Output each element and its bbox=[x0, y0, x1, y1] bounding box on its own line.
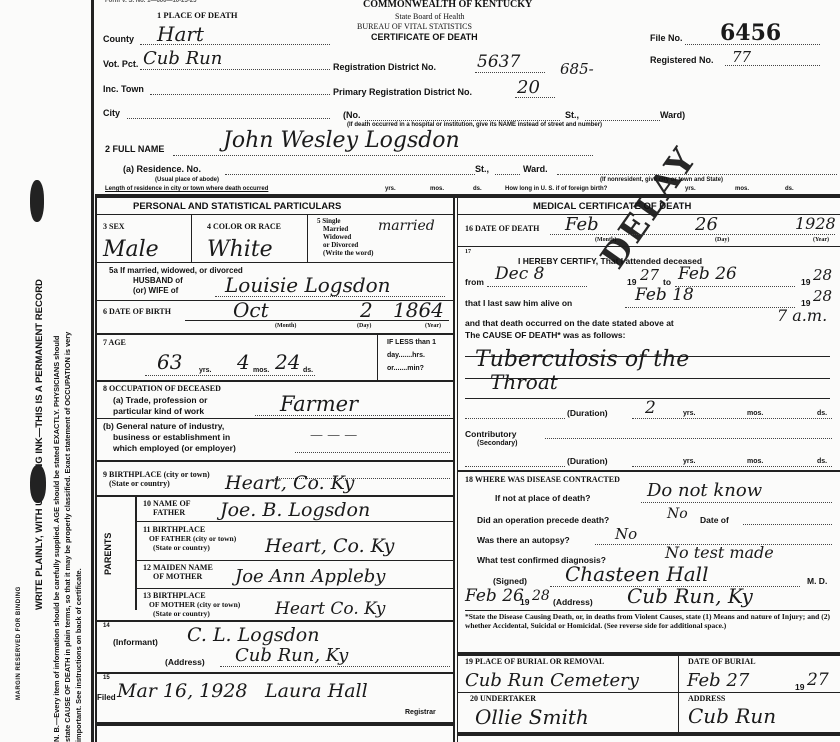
binding-margin: MARGIN RESERVED FOR BINDING WRITE PLAINL… bbox=[0, 0, 92, 742]
burial-date-value: Feb 27 bbox=[687, 670, 749, 691]
burial-date-label: DATE OF BURIAL bbox=[688, 657, 756, 666]
margin-reserved-note: MARGIN RESERVED FOR BINDING bbox=[16, 586, 22, 700]
inc-town-label: Inc. Town bbox=[103, 84, 144, 94]
filed-label: Filed bbox=[97, 693, 116, 702]
city-label: City bbox=[103, 108, 120, 118]
undertaker-address-value: Cub Run bbox=[688, 704, 776, 728]
burial-place-label: 19 PLACE OF BURIAL OR REMOVAL bbox=[465, 657, 604, 666]
file-no-label: File No. bbox=[650, 33, 683, 43]
date-of-death-label: 16 DATE OF DEATH bbox=[465, 224, 539, 233]
dob-label: 6 DATE OF BIRTH bbox=[103, 307, 171, 316]
certificate-title: CERTIFICATE OF DEATH bbox=[371, 32, 478, 42]
margin-instruction-3: state CAUSE OF DEATH in plain terms, so … bbox=[63, 332, 72, 742]
last-saw-year: 28 bbox=[813, 287, 832, 305]
mother-name-value: Joe Ann Appleby bbox=[235, 566, 385, 587]
undertaker-address-label: ADDRESS bbox=[688, 694, 725, 703]
last-saw-label: that I last saw him alive on bbox=[465, 298, 572, 308]
industry-value: — — — bbox=[310, 428, 357, 443]
dod-month: Feb bbox=[565, 214, 599, 235]
margin-instruction-2: N. B.—Every item of information should b… bbox=[52, 336, 61, 742]
time-of-death-label: and that death occurred on the date stat… bbox=[465, 318, 674, 328]
spouse-value: Louisie Logsdon bbox=[225, 273, 391, 297]
primary-district-value: 20 bbox=[517, 77, 540, 98]
dod-day: 26 bbox=[695, 214, 718, 235]
informant-label: (Informant) bbox=[113, 637, 158, 647]
registered-no-value: 77 bbox=[732, 48, 751, 66]
duration-years: 2 bbox=[645, 398, 656, 418]
sex-value: Male bbox=[103, 237, 159, 262]
contracted-value: Do not know bbox=[647, 480, 762, 501]
parents-label: PARENTS bbox=[103, 533, 113, 575]
race-value: White bbox=[207, 237, 273, 262]
dod-year: 1928 bbox=[795, 214, 836, 233]
cause-footnote: *State the Disease Causing Death, or, in… bbox=[465, 612, 830, 630]
dob-year: 1864 bbox=[393, 298, 444, 322]
form-number: Form V. S. No. 1—600—10-25-25 bbox=[105, 0, 197, 4]
age-months: 4 bbox=[237, 350, 250, 374]
foreign-birth-label: How long in U. S. if of foreign birth? bbox=[505, 186, 607, 192]
race-label: 4 COLOR OR RACE bbox=[207, 222, 281, 231]
test-value: No test made bbox=[665, 543, 774, 562]
county-value: Hart bbox=[157, 22, 204, 46]
section-place-of-death: 1 PLACE OF DEATH bbox=[157, 10, 238, 20]
no-label: (No. bbox=[343, 110, 361, 120]
informant-address-label: (Address) bbox=[165, 657, 205, 667]
county-label: County bbox=[103, 34, 134, 44]
death-certificate: MARGIN RESERVED FOR BINDING WRITE PLAINL… bbox=[0, 0, 840, 742]
attended-to-date: Feb 26 bbox=[678, 264, 737, 284]
marital-status-value: married bbox=[378, 218, 435, 234]
cause-of-death-line1: Tuberculosis of the bbox=[475, 347, 689, 372]
medical-section-heading: MEDICAL CERTIFICATE OF DEATH bbox=[533, 201, 691, 212]
undertaker-label: 20 UNDERTAKER bbox=[470, 694, 536, 703]
last-saw-date: Feb 18 bbox=[635, 285, 694, 305]
primary-district-label: Primary Registration District No. bbox=[333, 87, 472, 97]
board-heading: State Board of Health bbox=[395, 12, 465, 21]
commonwealth-heading: COMMONWEALTH OF KENTUCKY bbox=[363, 0, 532, 10]
occupation-value: Farmer bbox=[280, 392, 358, 416]
burial-place-value: Cub Run Cemetery bbox=[465, 670, 639, 691]
length-residence-label: Length of residence in city or town wher… bbox=[105, 186, 268, 192]
informant-value: C. L. Logsdon bbox=[187, 624, 319, 646]
registrar-label: Registrar bbox=[405, 709, 436, 716]
vot-pct-value: Cub Run bbox=[143, 48, 222, 69]
father-name-value: Joe. B. Logsdon bbox=[220, 499, 370, 521]
registrar-value: Laura Hall bbox=[265, 680, 368, 702]
bureau-heading: BUREAU OF VITAL STATISTICS bbox=[357, 22, 472, 31]
personal-section-heading: PERSONAL AND STATISTICAL PARTICULARS bbox=[133, 201, 341, 212]
signed-year: 28 bbox=[532, 588, 550, 604]
registration-district-value: 5637 bbox=[477, 52, 520, 72]
cause-of-death-line2: Throat bbox=[490, 370, 558, 394]
burial-year-value: 27 bbox=[807, 670, 829, 690]
operation-value: No bbox=[667, 506, 688, 522]
attended-to-year: 28 bbox=[813, 266, 832, 284]
autopsy-value: No bbox=[615, 525, 637, 543]
full-name-label: 2 FULL NAME bbox=[105, 144, 164, 154]
birthplace-value: Heart, Co. Ky bbox=[225, 472, 354, 494]
cause-of-death-label: The CAUSE OF DEATH* was as follows: bbox=[465, 330, 625, 340]
file-no-value: 6456 bbox=[720, 20, 781, 46]
registered-no-label: Registered No. bbox=[650, 55, 714, 65]
ink-blot bbox=[30, 465, 46, 503]
dob-month: Oct bbox=[233, 298, 269, 322]
residence-ward-label: Ward. bbox=[523, 164, 548, 174]
attended-from-date: Dec 8 bbox=[495, 264, 544, 284]
margin-border bbox=[91, 0, 94, 742]
vot-pct-label: Vot. Pct. bbox=[103, 59, 138, 69]
undertaker-value: Ollie Smith bbox=[475, 705, 589, 729]
full-name-value: John Wesley Logsdon bbox=[223, 128, 460, 153]
age-label: 7 AGE bbox=[103, 338, 126, 347]
signed-date: Feb 26 bbox=[465, 586, 524, 606]
ink-blot bbox=[30, 180, 44, 222]
disease-contracted-label: 18 WHERE WAS DISEASE CONTRACTED bbox=[465, 475, 620, 484]
certify-text: I HEREBY CERTIFY, That I attended deceas… bbox=[518, 256, 702, 266]
occupation-label: 8 OCCUPATION OF DECEASED bbox=[103, 384, 221, 393]
dob-day: 2 bbox=[360, 298, 373, 322]
birthplace-label: 9 BIRTHPLACE (city or town) bbox=[103, 470, 210, 479]
mother-birthplace-value: Heart Co. Ky bbox=[275, 599, 385, 619]
margin-instruction-1: WRITE PLAINLY, WITH UNFADING INK—THIS IS… bbox=[34, 279, 45, 610]
st-label: St., bbox=[565, 110, 579, 120]
certificate-form: Form V. S. No. 1—600—10-25-25 1 PLACE OF… bbox=[95, 0, 840, 742]
margin-instruction-4: important. See instructions on back of c… bbox=[74, 568, 83, 742]
registration-district-note: 685- bbox=[560, 60, 594, 78]
father-birthplace-value: Heart, Co. Ky bbox=[265, 535, 394, 557]
age-years: 63 bbox=[157, 350, 182, 374]
age-days: 24 bbox=[275, 350, 300, 374]
physician-address: Cub Run, Ky bbox=[627, 584, 753, 608]
residence-st-label: St., bbox=[475, 164, 489, 174]
registration-district-label: Registration District No. bbox=[333, 62, 436, 72]
informant-address-value: Cub Run, Ky bbox=[235, 645, 348, 666]
attended-from-year: 27 bbox=[640, 266, 659, 284]
abode-note: (Usual place of abode) bbox=[155, 177, 219, 183]
filed-date-value: Mar 16, 1928 bbox=[117, 680, 248, 702]
contributory-label: Contributory bbox=[465, 429, 516, 439]
physician-signature: Chasteen Hall bbox=[565, 562, 708, 586]
ward-label: Ward) bbox=[660, 110, 685, 120]
time-of-death-value: 7 a.m. bbox=[777, 306, 827, 325]
residence-label: (a) Residence. No. bbox=[123, 164, 201, 174]
sex-label: 3 SEX bbox=[103, 222, 125, 231]
